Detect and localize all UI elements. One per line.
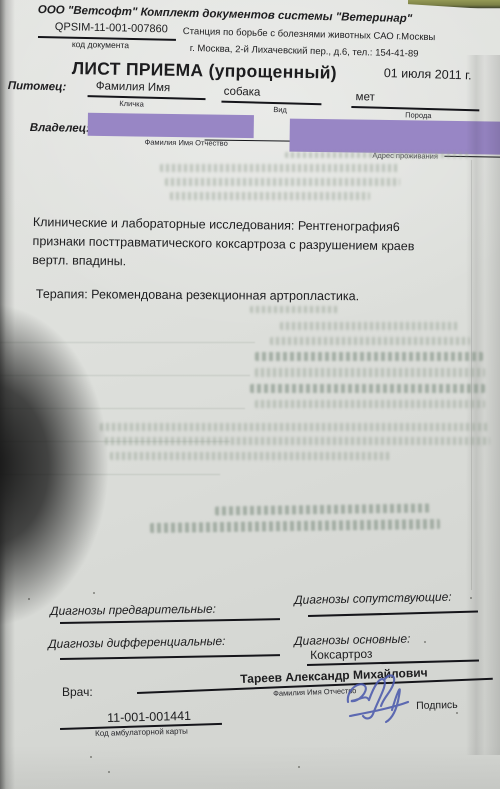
card-code-caption: Код амбулаторной карты [95,727,188,738]
bleed-through-line [250,384,485,393]
diagnosis-concomitant-label: Диагнозы сопутствующие: [294,590,452,607]
bleed-through-line [160,164,400,172]
doctor-label: Врач: [62,685,93,699]
bleed-rule [0,408,245,409]
bleed-through-line [165,178,400,186]
bleed-through-line [285,152,470,158]
bleed-rule [0,342,255,343]
bleed-rule [0,474,220,475]
bleed-through-line [170,192,370,200]
bleed-rule [0,375,250,376]
pet-species-caption: Вид [273,105,287,114]
pet-name-underline [88,95,206,100]
dust-speck [28,598,30,600]
dust-speck [456,712,458,714]
pet-breed-caption: Порода [405,110,432,120]
doc-code-value: QPSIM-11-001-007860 [55,21,168,35]
dust-speck [93,592,95,594]
bleed-through-line [255,368,485,377]
bleed-through-line [255,400,485,408]
diagnosis-differential-label: Диагнозы дифференциальные: [48,634,226,651]
owner-name-caption: Фамилия Имя Отчество [145,138,228,148]
form-date: 01 июля 2011 г. [384,66,472,82]
dust-speck [108,771,110,773]
bleed-through-line [100,423,490,431]
dust-speck [470,597,472,599]
bleed-through-line [110,452,390,460]
diagnosis-main-value: Коксартроз [310,647,373,662]
owner-label: Владелец: [30,122,90,135]
clinical-findings-text: Клинические и лабораторные исследования:… [32,213,447,276]
bleed-through-line [215,503,430,515]
doc-code-caption: код документа [72,39,129,50]
bleed-through-line [280,322,460,330]
bleed-through-line [270,337,470,345]
photographed-vet-form: ООО "Ветсофт" Комплект документов систем… [0,0,500,789]
station-name: Станция по борьбе с болезнями животных С… [183,26,436,43]
bottom-shading [0,745,500,789]
pet-name-value: Фамилия Имя [96,80,171,94]
bleed-through-line [255,352,483,361]
diagnosis-concomitant-underline [308,611,478,617]
pet-species-value: собака [224,86,261,99]
pet-name-caption: Кличка [119,99,144,109]
card-code-value: 11-001-001441 [107,709,191,725]
dust-speck [90,756,92,758]
bleed-through-line [250,306,340,313]
bleed-through-line [150,519,440,533]
diagnosis-preliminary-label: Диагнозы предварительные: [50,602,216,618]
pet-species-underline [221,101,321,105]
therapy-text: Терапия: Рекомендована резекционная артр… [36,287,436,304]
diagnosis-preliminary-underline [60,618,280,623]
dust-speck [424,641,426,643]
bleed-rule [0,441,230,442]
station-address: г. Москва, 2-й Лихачевский пер., д.6, те… [190,43,419,60]
doctor-signature [336,670,416,728]
dust-speck [298,766,300,768]
signature-caption: Подпись [416,699,458,712]
pet-label: Питомец: [8,80,67,94]
diagnosis-differential-underline [60,654,280,659]
diagnosis-main-label: Диагнозы основные: [294,632,411,648]
pet-breed-value: мет [355,91,374,103]
background-table-sliver [408,0,500,11]
